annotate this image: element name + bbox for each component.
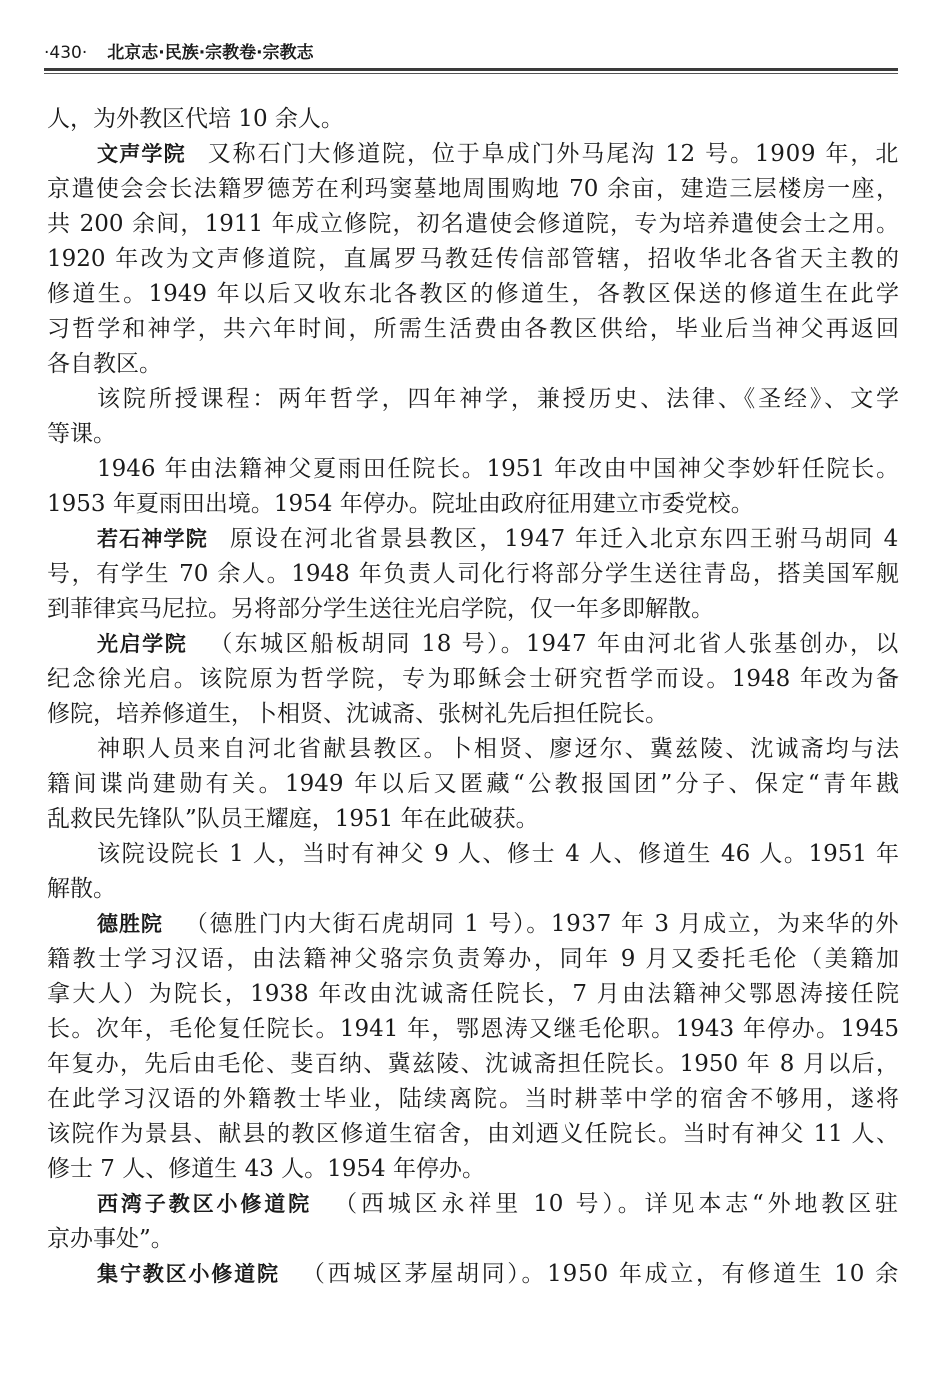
line-text: 到菲律宾马尼拉。另将部分学生送往光启学院，仅一年多即解散。 [47,596,714,622]
text-line: 在此学习汉语的外籍教士毕业，陆续离院。当时耕莘中学的宿舍不够用，遂将 [47,1082,899,1117]
text-line: 到菲律宾马尼拉。另将部分学生送往光启学院，仅一年多即解散。 [47,592,899,627]
text-line: 神职人员来自河北省献县教区。卜相贤、廖迓尔、冀兹陵、沈诚斋均与法 [47,732,899,767]
line-text: 乱救民先锋队”队员王耀庭，1951 年在此破获。 [47,806,539,832]
section-heading-line: 文声学院又称石门大修道院，位于阜成门外马尾沟 12 号。1909 年，北 [47,137,899,172]
section-heading: 集宁教区小修道院 [97,1262,280,1286]
text-line: 人，为外教区代培 10 余人。 [47,102,899,137]
line-text: 该院设院长 1 人，当时有神父 9 人、修士 4 人、修道生 46 人。1951… [97,841,899,867]
section-heading: 德胜院 [97,912,163,936]
text-line: 该院作为景县、献县的教区修道生宿舍，由刘迺义任院长。当时有神父 11 人、 [47,1117,899,1152]
line-text: 1953 年夏雨田出境。1954 年停办。院址由政府征用建立市委党校。 [47,491,754,517]
header-rule-thick [44,68,898,71]
text-line: 该院设院长 1 人，当时有神父 9 人、修士 4 人、修道生 46 人。1951… [47,837,899,872]
line-text: 籍间谍尚建勋有关。1949 年以后又匿藏“公教报国团”分子、保定“青年戡 [47,771,899,797]
line-text: 年复办，先后由毛伦、斐百纳、冀兹陵、沈诚斋担任院长。1950 年 8 月以后， [47,1051,899,1077]
line-text: 又称石门大修道院，位于阜成门外马尾沟 12 号。1909 年，北 [208,141,899,167]
text-line: 共 200 余间，1911 年成立修院，初名遣使会修道院，专为培养遣使会士之用。 [47,207,899,242]
page-number: ·430· [44,43,87,63]
line-text: 1920 年改为文声修道院，直属罗马教廷传信部管辖，招收华北各省天主教的 [47,246,899,272]
line-text: 神职人员来自河北省献县教区。卜相贤、廖迓尔、冀兹陵、沈诚斋均与法 [97,736,899,762]
text-line: 各自教区。 [47,347,899,382]
text-line: 乱救民先锋队”队员王耀庭，1951 年在此破获。 [47,802,899,837]
line-text: 号，有学生 70 余人。1948 年负责人司化行将部分学生送往青岛，搭美国军舰 [47,561,899,587]
line-text: 等课。 [47,421,116,447]
section-heading: 文声学院 [97,142,186,166]
line-text: 京办事处”。 [47,1226,174,1252]
section-heading-line: 西湾子教区小修道院（西城区永祥里 10 号）。详见本志“外地教区驻 [47,1187,899,1222]
text-line: 1953 年夏雨田出境。1954 年停办。院址由政府征用建立市委党校。 [47,487,899,522]
running-header: ·430·北京志·民族·宗教卷·宗教志 [44,38,314,63]
page-header: ·430·北京志·民族·宗教卷·宗教志 [44,36,898,76]
text-line: 籍间谍尚建勋有关。1949 年以后又匿藏“公教报国团”分子、保定“青年戡 [47,767,899,802]
text-line: 1946 年由法籍神父夏雨田任院长。1951 年改由中国神父李妙轩任院长。 [47,452,899,487]
line-text: （东城区船板胡同 18 号）。1947 年由河北省人张基创办，以 [209,631,899,657]
line-text: （西城区茅屋胡同）。1950 年成立，有修道生 10 余 [302,1261,899,1287]
text-line: 等课。 [47,417,899,452]
line-text: 解散。 [47,876,116,902]
line-text: 原设在河北省景县教区，1947 年迁入北京东四王驸马胡同 4 [230,526,899,552]
text-line: 京办事处”。 [47,1222,899,1257]
text-line: 解散。 [47,872,899,907]
line-text: 长。次年，毛伦复任院长。1941 年，鄂恩涛又继毛伦职。1943 年停办。194… [47,1016,899,1042]
line-text: 该院所授课程：两年哲学，四年神学，兼授历史、法律、《圣经》、文学 [97,386,899,412]
section-heading-line: 德胜院（德胜门内大街石虎胡同 1 号）。1937 年 3 月成立，为来华的外 [47,907,899,942]
line-text: 修士 7 人、修道生 43 人。1954 年停办。 [47,1156,485,1182]
section-heading-line: 若石神学院原设在河北省景县教区，1947 年迁入北京东四王驸马胡同 4 [47,522,899,557]
text-line: 籍教士学习汉语，由法籍神父骆宗负责筹办，同年 9 月又委托毛伦（美籍加 [47,942,899,977]
text-line: 修道生。1949 年以后又收东北各教区的修道生，各教区保送的修道生在此学 [47,277,899,312]
line-text: 1946 年由法籍神父夏雨田任院长。1951 年改由中国神父李妙轩任院长。 [97,456,899,482]
header-rule-thin [44,73,898,74]
text-line: 长。次年，毛伦复任院长。1941 年，鄂恩涛又继毛伦职。1943 年停办。194… [47,1012,899,1047]
section-heading: 光启学院 [97,632,187,656]
line-text: 拿大人）为院长，1938 年改由沈诚斋任院长，7 月由法籍神父鄂恩涛接任院 [47,981,899,1007]
line-text: 共 200 余间，1911 年成立修院，初名遣使会修道院，专为培养遣使会士之用。 [47,211,899,237]
text-line: 习哲学和神学，共六年时间，所需生活费由各教区供给，毕业后当神父再返回 [47,312,899,347]
text-line: 1920 年改为文声修道院，直属罗马教廷传信部管辖，招收华北各省天主教的 [47,242,899,277]
section-heading-line: 集宁教区小修道院（西城区茅屋胡同）。1950 年成立，有修道生 10 余 [47,1257,899,1292]
text-line: 号，有学生 70 余人。1948 年负责人司化行将部分学生送往青岛，搭美国军舰 [47,557,899,592]
text-line: 修士 7 人、修道生 43 人。1954 年停办。 [47,1152,899,1187]
line-text: 纪念徐光启。该院原为哲学院，专为耶稣会士研究哲学而设。1948 年改为备 [47,666,899,692]
line-text: 各自教区。 [47,351,162,377]
running-title: 北京志·民族·宗教卷·宗教志 [107,43,313,63]
text-line: 年复办，先后由毛伦、斐百纳、冀兹陵、沈诚斋担任院长。1950 年 8 月以后， [47,1047,899,1082]
section-heading: 西湾子教区小修道院 [97,1192,312,1216]
text-line: 修院，培养修道生，卜相贤、沈诚斋、张树礼先后担任院长。 [47,697,899,732]
line-text: （西城区永祥里 10 号）。详见本志“外地教区驻 [334,1191,899,1217]
section-heading: 若石神学院 [97,527,208,551]
line-text: （德胜门内大街石虎胡同 1 号）。1937 年 3 月成立，为来华的外 [185,911,899,937]
line-text: 该院作为景县、献县的教区修道生宿舍，由刘迺义任院长。当时有神父 11 人、 [47,1121,899,1147]
text-line: 京遣使会会长法籍罗德芳在利玛窦墓地周围购地 70 余亩，建造三层楼房一座， [47,172,899,207]
line-text: 修道生。1949 年以后又收东北各教区的修道生，各教区保送的修道生在此学 [47,281,899,307]
line-text: 习哲学和神学，共六年时间，所需生活费由各教区供给，毕业后当神父再返回 [47,316,899,342]
line-text: 修院，培养修道生，卜相贤、沈诚斋、张树礼先后担任院长。 [47,701,668,727]
text-line: 该院所授课程：两年哲学，四年神学，兼授历史、法律、《圣经》、文学 [47,382,899,417]
line-text: 在此学习汉语的外籍教士毕业，陆续离院。当时耕莘中学的宿舍不够用，遂将 [47,1086,899,1112]
line-text: 籍教士学习汉语，由法籍神父骆宗负责筹办，同年 9 月又委托毛伦（美籍加 [47,946,899,972]
section-heading-line: 光启学院（东城区船板胡同 18 号）。1947 年由河北省人张基创办，以 [47,627,899,662]
line-text: 人，为外教区代培 10 余人。 [47,106,344,132]
body-text: 人，为外教区代培 10 余人。文声学院又称石门大修道院，位于阜成门外马尾沟 12… [47,102,899,1292]
text-line: 纪念徐光启。该院原为哲学院，专为耶稣会士研究哲学而设。1948 年改为备 [47,662,899,697]
text-line: 拿大人）为院长，1938 年改由沈诚斋任院长，7 月由法籍神父鄂恩涛接任院 [47,977,899,1012]
line-text: 京遣使会会长法籍罗德芳在利玛窦墓地周围购地 70 余亩，建造三层楼房一座， [47,176,899,202]
